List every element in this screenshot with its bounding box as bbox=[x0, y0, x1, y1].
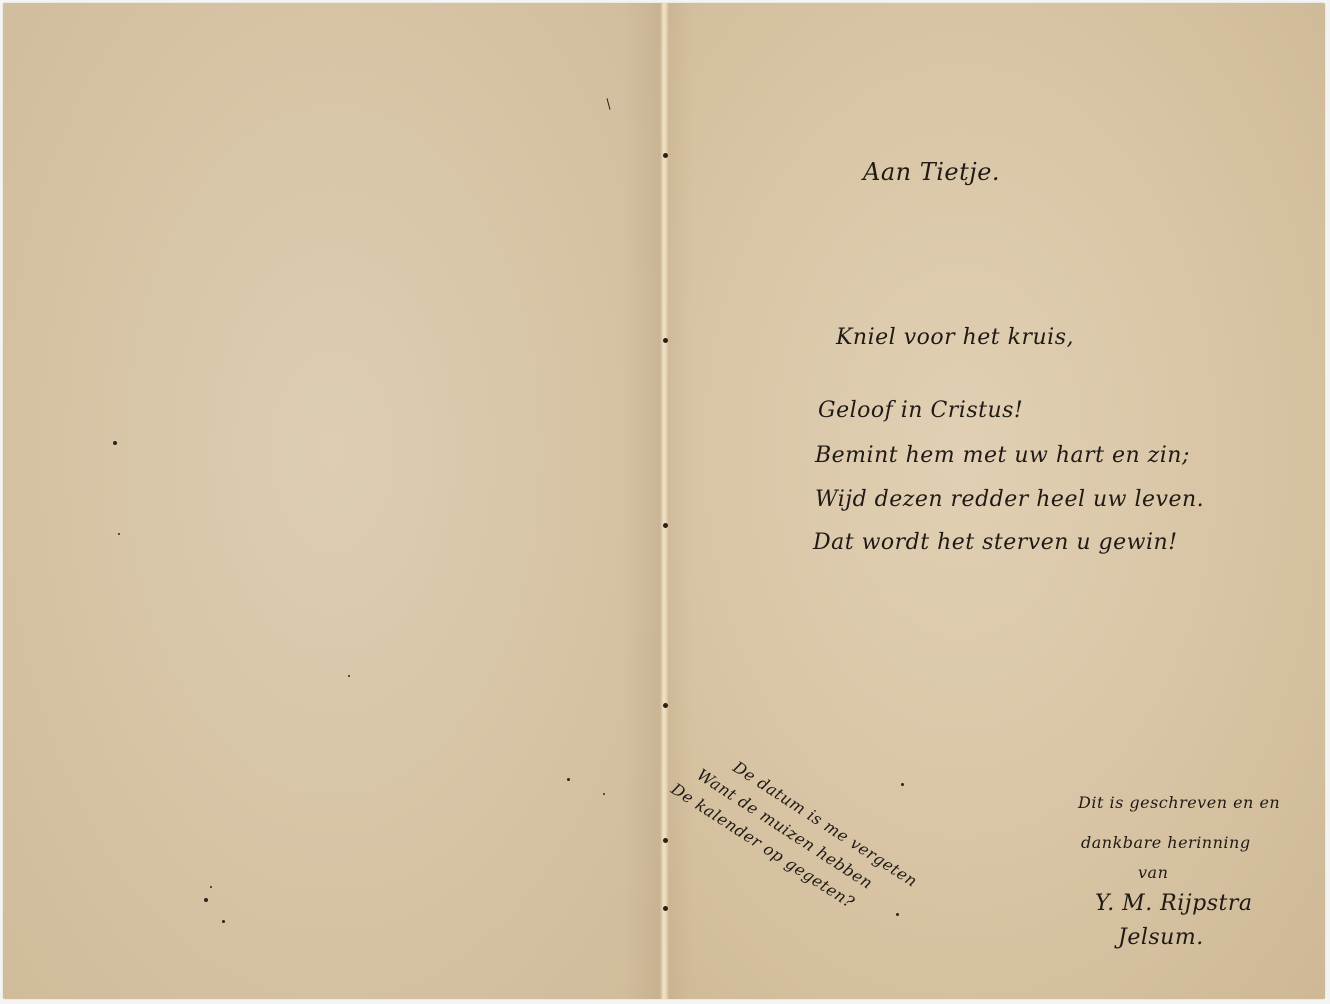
paper-speck bbox=[896, 913, 899, 916]
paper-speck bbox=[204, 898, 208, 902]
poem-line-5: Dat wordt het sterven u gewin! bbox=[813, 530, 1178, 555]
paper-speck bbox=[222, 920, 225, 923]
book-spread: Aan Tietje. Kniel voor het kruis, Geloof… bbox=[3, 3, 1325, 999]
paper-speck bbox=[118, 533, 120, 535]
poem-line-1: Kniel voor het kruis, bbox=[836, 325, 1074, 350]
signature-place: Jelsum. bbox=[1118, 925, 1204, 950]
signature-name: Y. M. Rijpstra bbox=[1095, 891, 1252, 916]
paper-speck bbox=[113, 441, 117, 445]
signature-line-2: dankbare herinning bbox=[1081, 833, 1251, 852]
binding-stitch bbox=[663, 338, 668, 343]
poem-line-4: Wijd dezen redder heel uw leven. bbox=[815, 487, 1204, 512]
signature-line-1: Dit is geschreven en en bbox=[1078, 793, 1280, 812]
poem-line-3: Bemint hem met uw hart en zin; bbox=[815, 443, 1190, 468]
paper-speck bbox=[210, 886, 212, 888]
paper-speck bbox=[348, 675, 350, 677]
paper-speck bbox=[567, 778, 570, 781]
binding-stitch bbox=[663, 703, 668, 708]
dedication-heading: Aan Tietje. bbox=[863, 158, 1000, 186]
paper-speck bbox=[606, 98, 610, 110]
paper-speck bbox=[901, 783, 904, 786]
binding-stitch bbox=[663, 838, 668, 843]
binding-stitch bbox=[663, 523, 668, 528]
signature-line-3: van bbox=[1138, 863, 1168, 882]
poem-line-2: Geloof in Cristus! bbox=[818, 398, 1023, 423]
binding-stitch bbox=[663, 906, 668, 911]
paper-speck bbox=[603, 793, 605, 795]
binding-stitch bbox=[663, 153, 668, 158]
left-page bbox=[3, 3, 663, 999]
